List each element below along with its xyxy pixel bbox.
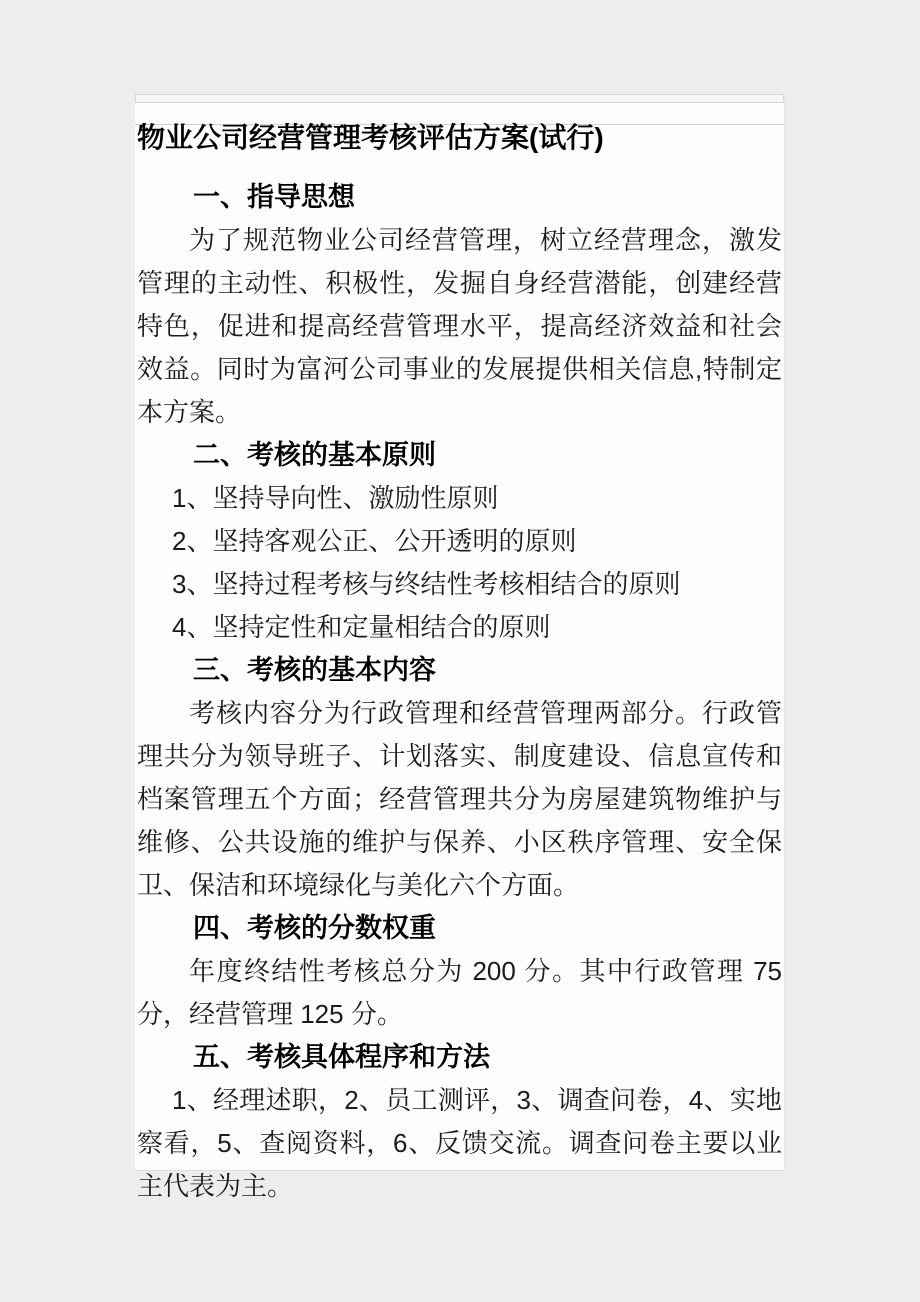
principle-item-4: 4、坚持定性和定量相结合的原则 bbox=[137, 606, 782, 649]
document-page: 物业公司经营管理考核评估方案(试行) 一、指导思想 为了规范物业公司经营管理，树… bbox=[135, 94, 785, 1171]
principle-item-3: 3、坚持过程考核与终结性考核相结合的原则 bbox=[137, 563, 782, 606]
section-heading-4: 四、考核的分数权重 bbox=[137, 907, 782, 950]
principle-item-2: 2、坚持客观公正、公开透明的原则 bbox=[137, 520, 782, 563]
document-body: 一、指导思想 为了规范物业公司经营管理，树立经营理念，激发管理的主动性、积极性，… bbox=[135, 176, 784, 1208]
paragraph-procedure-methods: 1、经理述职，2、员工测评，3、调查问卷，4、实地察看，5、查阅资料，6、反馈交… bbox=[137, 1079, 782, 1208]
paragraph-assessment-content: 考核内容分为行政管理和经营管理两部分。行政管理共分为领导班子、计划落实、制度建设… bbox=[137, 692, 782, 907]
section-heading-3: 三、考核的基本内容 bbox=[137, 649, 782, 692]
paragraph-guiding-ideology: 为了规范物业公司经营管理，树立经营理念，激发管理的主动性、积极性，发掘自身经营潜… bbox=[137, 219, 782, 434]
document-viewer: { "colors": { "background": "#ededed", "… bbox=[0, 0, 920, 1302]
section-heading-5: 五、考核具体程序和方法 bbox=[137, 1036, 782, 1079]
section-heading-2: 二、考核的基本原则 bbox=[137, 434, 782, 477]
page-header-band bbox=[135, 94, 784, 103]
principle-item-1: 1、坚持导向性、激励性原则 bbox=[137, 477, 782, 520]
document-title: 物业公司经营管理考核评估方案(试行) bbox=[135, 122, 784, 154]
paragraph-score-weight: 年度终结性考核总分为 200 分。其中行政管理 75 分，经营管理 125 分。 bbox=[137, 950, 782, 1036]
section-heading-1: 一、指导思想 bbox=[137, 176, 782, 219]
